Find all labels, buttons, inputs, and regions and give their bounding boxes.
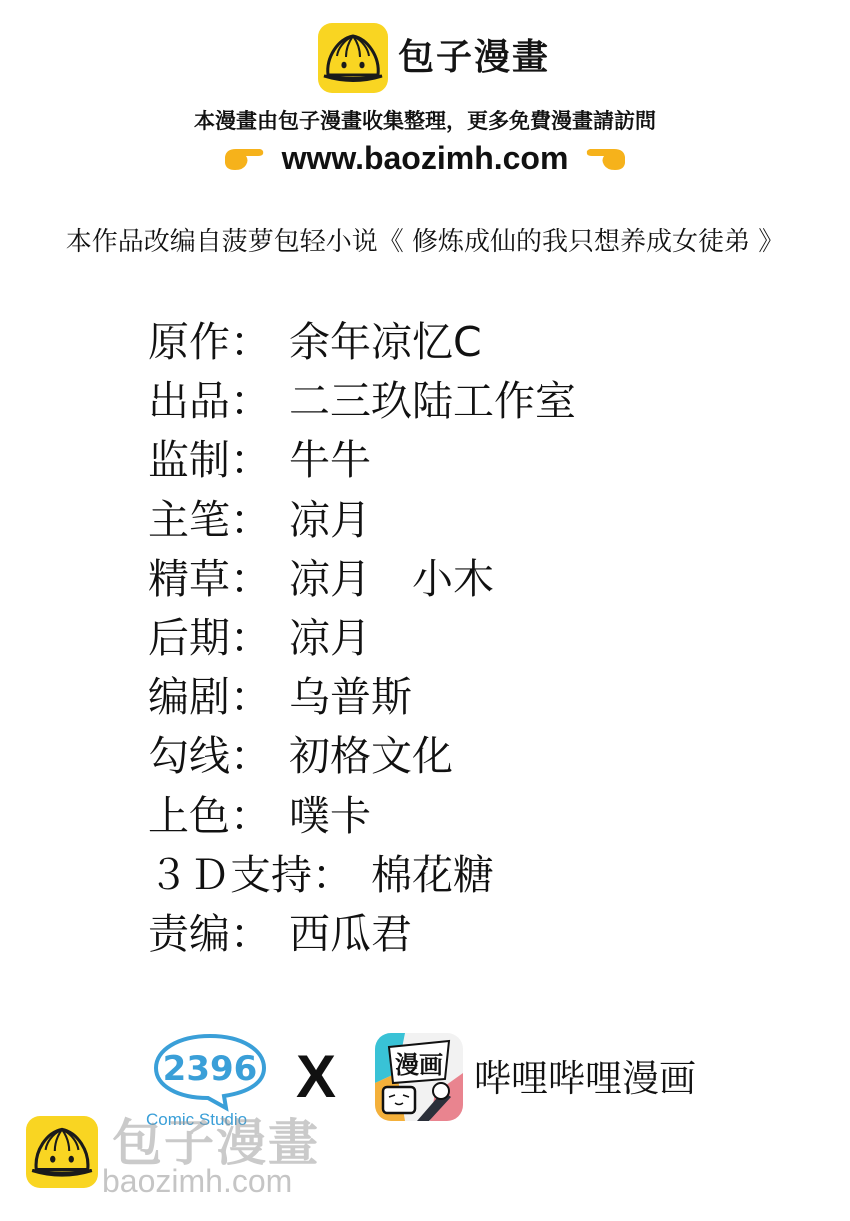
credit-role: 上色 <box>148 792 230 840</box>
credit-separator: ： <box>230 673 271 721</box>
credit-separator: ： <box>230 318 271 366</box>
svg-text:2396: 2396 <box>163 1049 258 1089</box>
adaptation-note: 本作品改编自菠萝包轻小说《 修炼成仙的我只想养成女徒弟 》 <box>0 222 850 262</box>
credit-role: 编剧 <box>148 673 230 721</box>
credit-row: 监制：牛牛 <box>148 431 576 490</box>
credit-name: 噗卡 <box>289 792 371 840</box>
steamed-bun-icon <box>26 1116 98 1188</box>
watermark-logo <box>26 1116 98 1188</box>
credit-name: 牛牛 <box>289 436 371 484</box>
credit-name: 初格文化 <box>289 732 453 780</box>
credit-name: 凉月 <box>289 614 371 662</box>
credit-name: 凉月 <box>289 496 371 544</box>
credit-row: 主笔：凉月 <box>148 491 576 550</box>
baozi-logo <box>318 23 388 93</box>
credit-row: 编剧：乌普斯 <box>148 668 576 727</box>
credit-row: 上色：噗卡 <box>148 787 576 846</box>
credit-role: 监制 <box>148 436 230 484</box>
credit-role: ３Ｄ支持 <box>148 851 312 899</box>
studio-2396-logo: 2396 <box>150 1030 270 1112</box>
credit-separator: ： <box>312 851 353 899</box>
speech-bubble-icon: 2396 <box>150 1030 270 1112</box>
watermark-url: baozimh.com <box>102 1161 292 1201</box>
credits-list: 原作：余年凉忆C 出品：二三玖陆工作室 监制：牛牛 主笔：凉月 精草：凉月 小木… <box>148 313 576 964</box>
credit-role: 责编 <box>148 910 230 958</box>
credit-role: 原作 <box>148 318 230 366</box>
credit-row: 责编：西瓜君 <box>148 905 576 964</box>
credit-row: 精草：凉月 小木 <box>148 550 576 609</box>
credit-row: 勾线：初格文化 <box>148 727 576 786</box>
site-url-link[interactable]: www.baozimh.com <box>282 140 569 177</box>
credit-separator: ： <box>230 496 271 544</box>
credit-name: 西瓜君 <box>289 910 412 958</box>
credit-name: 棉花糖 <box>371 851 494 899</box>
credit-name: 余年凉忆C <box>289 318 482 366</box>
steamed-bun-icon <box>318 23 388 93</box>
bilibili-comics-icon: 漫画 <box>375 1033 463 1121</box>
credit-separator: ： <box>230 910 271 958</box>
credit-row: ３Ｄ支持：棉花糖 <box>148 846 576 905</box>
credit-row: 后期：凉月 <box>148 609 576 668</box>
credit-role: 精草 <box>148 555 230 603</box>
credit-separator: ： <box>230 792 271 840</box>
credit-role: 主笔 <box>148 496 230 544</box>
platform-name: 哔哩哔哩漫画 <box>474 1054 696 1104</box>
pointing-right-hand-icon <box>222 143 266 173</box>
credit-separator: ： <box>230 555 271 603</box>
credit-separator: ： <box>230 614 271 662</box>
credit-separator: ： <box>230 436 271 484</box>
credit-name: 乌普斯 <box>289 673 412 721</box>
credit-row: 原作：余年凉忆C <box>148 313 576 372</box>
brand-title: 包子漫畫 <box>398 34 550 82</box>
credit-role: 勾线 <box>148 732 230 780</box>
credit-name: 二三玖陆工作室 <box>289 377 576 425</box>
pointing-left-hand-icon <box>584 143 628 173</box>
credit-name: 凉月 小木 <box>289 555 494 603</box>
credit-role: 出品 <box>148 377 230 425</box>
url-row: www.baozimh.com <box>0 138 850 178</box>
credit-row: 出品：二三玖陆工作室 <box>148 372 576 431</box>
svg-text:漫画: 漫画 <box>395 1051 443 1079</box>
credit-separator: ： <box>230 732 271 780</box>
collaboration-x: X <box>296 1042 336 1112</box>
credit-separator: ： <box>230 377 271 425</box>
promo-text: 本漫畫由包子漫畫收集整理，更多免費漫畫請訪問 <box>0 106 850 136</box>
credit-role: 后期 <box>148 614 230 662</box>
